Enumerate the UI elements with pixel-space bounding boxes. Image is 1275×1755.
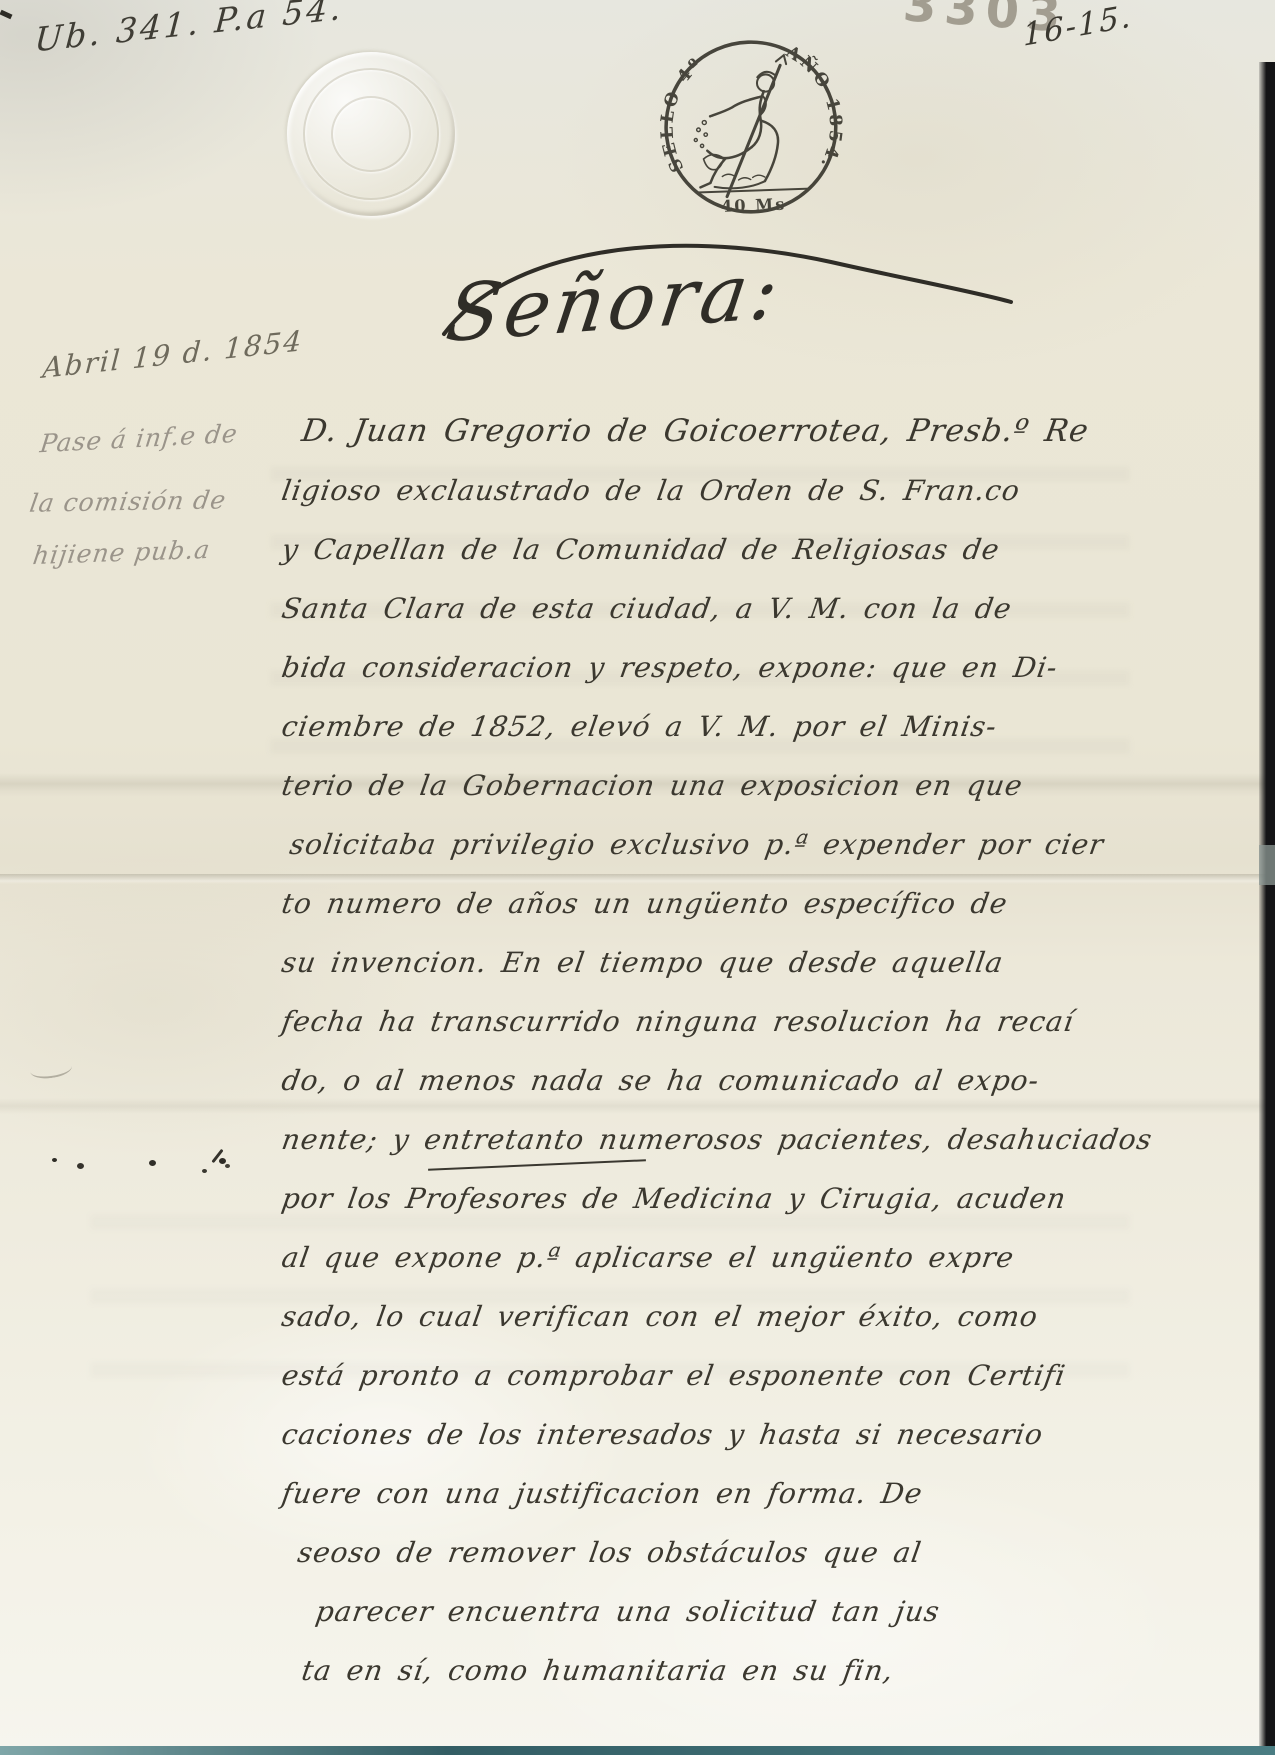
stamp-value-label: 40 Ms	[721, 195, 787, 216]
handwritten-line: por los Profesores de Medicina y Cirugia…	[277, 1169, 1166, 1228]
petition-body: D. Juan Gregorio de Goicoerrotea, Presb.…	[282, 402, 1162, 1700]
handwritten-line: sado, lo cual verifican con el mejor éxi…	[277, 1287, 1166, 1346]
stamp-class-text: SELLO 4º	[655, 53, 711, 176]
handwritten-line: do, o al menos nada se ha comunicado al …	[277, 1051, 1166, 1110]
ink-dash-mark	[211, 1149, 223, 1163]
handwritten-line: bida consideracion y respeto, expone: qu…	[277, 638, 1166, 697]
handwritten-line: seoso de remover los obstáculos que al	[277, 1523, 1166, 1582]
handwritten-line: ciembre de 1852, elevó a V. M. por el Mi…	[277, 697, 1166, 756]
embossed-seal-ring	[331, 96, 411, 172]
stamp-left-arc-label: SELLO 4º	[655, 53, 711, 176]
handwritten-line: solicitaba privilegio exclusivo p.ª expe…	[277, 815, 1166, 874]
embossed-seal	[287, 52, 455, 216]
handwritten-line: ligioso exclaustrado de la Orden de S. F…	[277, 461, 1166, 520]
handwritten-line: nente; y entretanto numerosos pacientes,…	[277, 1110, 1166, 1169]
scan-background-strip	[0, 1746, 1275, 1755]
stamp-right-arc-label: AÑO 1854.	[781, 40, 847, 175]
handwritten-line: Santa Clara de esta ciudad, a V. M. con …	[277, 579, 1166, 638]
handwritten-line: y Capellan de la Comunidad de Religiosas…	[277, 520, 1166, 579]
stamp-year-text: AÑO 1854.	[781, 40, 847, 175]
page-edge-fold-gap	[1259, 845, 1275, 885]
handwritten-line: parecer encuentra una solicitud tan jus	[277, 1582, 1166, 1641]
handwritten-line: caciones de los interesados y hasta si n…	[277, 1405, 1166, 1464]
page-edge-shadow	[1259, 62, 1275, 1747]
handwritten-line: D. Juan Gregorio de Goicoerrotea, Presb.…	[277, 402, 1166, 461]
handwritten-line: ta en sí, como humanitaria en su fin,	[277, 1641, 1166, 1700]
edge-ink-mark	[0, 10, 12, 20]
manuscript-page: Ub. 341. P.a 54. 3303 16-15.	[0, 0, 1275, 1755]
handwritten-line: al que expone p.ª aplicarse el ungüento …	[277, 1228, 1166, 1287]
ink-specks	[52, 1158, 57, 1162]
margin-note: hijiene pub.a	[31, 535, 212, 570]
handwritten-line: to numero de años un ungüento específico…	[277, 874, 1166, 933]
margin-date: Abril 19 d. 1854	[42, 324, 305, 385]
handwritten-line: su invencion. En el tiempo que desde aqu…	[277, 933, 1166, 992]
seated-figure-illustration	[691, 54, 809, 197]
margin-note: Pase á inf.e de	[38, 419, 239, 459]
handwritten-line: terio de la Gobernacion una exposicion e…	[277, 756, 1166, 815]
revenue-stamp: SELLO 4º AÑO 1854. 40 Ms	[645, 24, 858, 233]
archival-notation: Ub. 341. P.a 54.	[33, 0, 345, 59]
margin-note: la comisión de	[28, 485, 229, 518]
handwritten-line: fuere con una justificacion en forma. De	[277, 1464, 1166, 1523]
faint-ink-mark	[29, 1057, 73, 1081]
handwritten-line: fecha ha transcurrido ninguna resolucion…	[277, 992, 1166, 1051]
handwritten-line: está pronto a comprobar el esponente con…	[277, 1346, 1166, 1405]
